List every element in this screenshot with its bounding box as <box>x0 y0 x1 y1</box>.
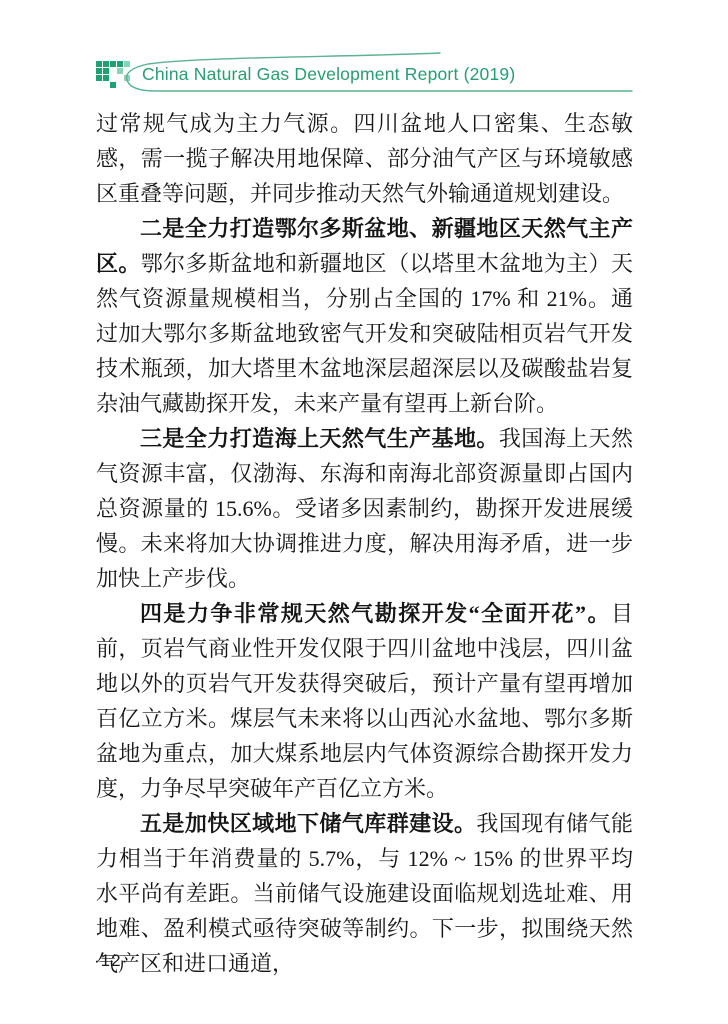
logo-pixel <box>96 82 102 88</box>
logo-pixel <box>103 82 109 88</box>
paragraph-lead: 四是力争非常规天然气勘探开发“全面开花”。 <box>140 601 611 626</box>
logo-pixel <box>103 68 109 74</box>
paragraph: 二是全力打造鄂尔多斯盆地、新疆地区天然气主产区。鄂尔多斯盆地和新疆地区（以塔里木… <box>96 211 633 421</box>
document-body: 过常规气成为主力气源。四川盆地人口密集、生态敏感，需一揽子解决用地保障、部分油气… <box>96 106 633 981</box>
paragraph-text: 鄂尔多斯盆地和新疆地区（以塔里木盆地为主）天然气资源量规模相当，分别占全国的 1… <box>96 251 633 416</box>
logo-pixel <box>103 75 109 81</box>
paragraph-lead: 五是加快区域地下储气库群建设。 <box>140 811 476 836</box>
document-page: China Natural Gas Development Report (20… <box>0 0 728 1024</box>
paragraph: 过常规气成为主力气源。四川盆地人口密集、生态敏感，需一揽子解决用地保障、部分油气… <box>96 106 633 211</box>
paragraph: 三是全力打造海上天然气生产基地。我国海上天然气资源丰富，仅渤海、东海和南海北部资… <box>96 421 633 596</box>
page-number: ·12· <box>94 951 128 971</box>
page-header: China Natural Gas Development Report (20… <box>0 0 728 100</box>
paragraph: 五是加快区域地下储气库群建设。我国现有储气能力相当于年消费量的 5.7%，与 1… <box>96 806 633 981</box>
report-title: China Natural Gas Development Report (20… <box>142 64 515 85</box>
logo-pixel <box>96 68 102 74</box>
paragraph-text: 过常规气成为主力气源。四川盆地人口密集、生态敏感，需一揽子解决用地保障、部分油气… <box>96 111 633 206</box>
logo-pixel <box>96 61 102 67</box>
paragraph-text: 目前，页岩气商业性开发仅限于四川盆地中浅层，四川盆地以外的页岩气开发获得突破后，… <box>96 601 633 801</box>
paragraph-lead: 三是全力打造海上天然气生产基地。 <box>140 426 499 451</box>
logo-pixel <box>103 61 109 67</box>
logo-pixel <box>96 75 102 81</box>
paragraph: 四是力争非常规天然气勘探开发“全面开花”。目前，页岩气商业性开发仅限于四川盆地中… <box>96 596 633 806</box>
